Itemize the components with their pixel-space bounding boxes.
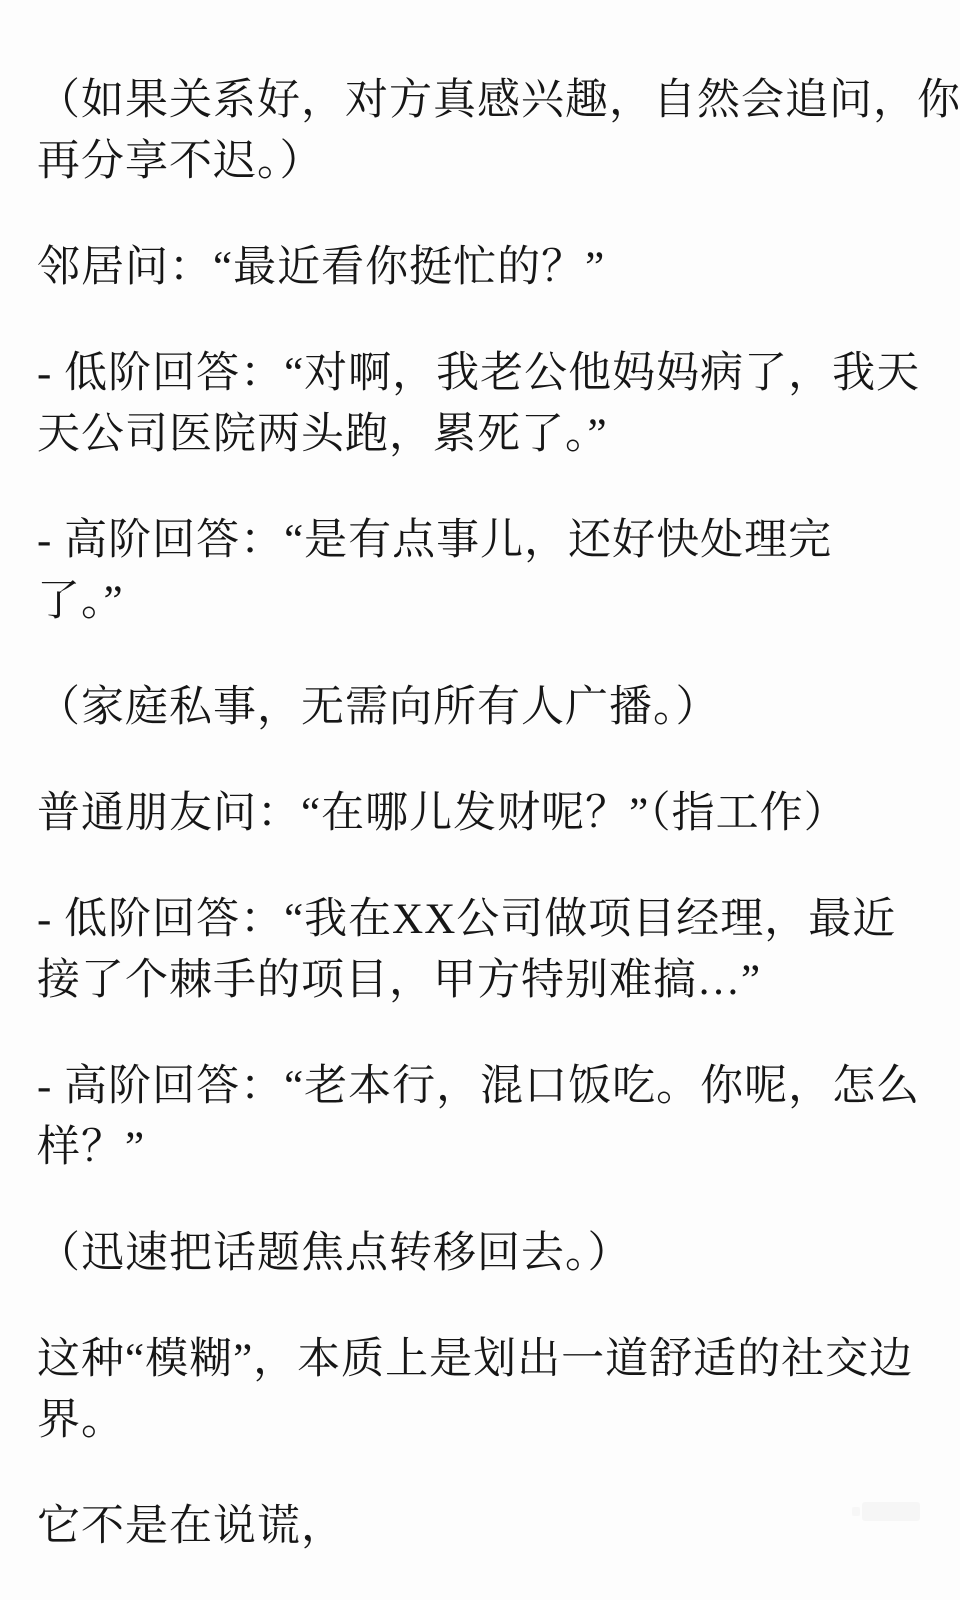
paragraph-aside-3: （迅速把话题焦点转移回去。） bbox=[37, 1223, 942, 1284]
paragraph-low-answer-1: - 低阶回答：“对啊，我老公他妈妈病了，我天 天公司医院两头跑，累死了。” bbox=[37, 343, 942, 465]
text-line: - 高阶回答：“老本行，混口饭吃。你呢，怎么 bbox=[37, 1056, 942, 1117]
paragraph-high-answer-1: - 高阶回答：“是有点事儿，还好快处理完 了。” bbox=[37, 510, 942, 632]
text-line: （家庭私事，无需向所有人广播。） bbox=[37, 677, 942, 738]
paragraph-aside-1: （如果关系好，对方真感兴趣，自然会追问，你 再分享不迟。） bbox=[37, 70, 942, 192]
text-line: 接了个棘手的项目，甲方特别难搞…” bbox=[37, 950, 942, 1011]
paragraph-aside-2: （家庭私事，无需向所有人广播。） bbox=[37, 677, 942, 738]
text-line: 了。” bbox=[37, 571, 942, 632]
text-line: - 低阶回答：“对啊，我老公他妈妈病了，我天 bbox=[37, 343, 942, 404]
paragraph-high-answer-2: - 高阶回答：“老本行，混口饭吃。你呢，怎么 样？” bbox=[37, 1056, 942, 1178]
paragraph-neighbor-question: 邻居问：“最近看你挺忙的？” bbox=[37, 237, 942, 298]
text-line: 普通朋友问：“在哪儿发财呢？”（指工作） bbox=[37, 783, 942, 844]
watermark bbox=[862, 1502, 920, 1521]
watermark-dot bbox=[852, 1507, 860, 1516]
text-line: 再分享不迟。） bbox=[37, 131, 942, 192]
paragraph-low-answer-2: - 低阶回答：“我在XX公司做项目经理，最近 接了个棘手的项目，甲方特别难搞…” bbox=[37, 889, 942, 1011]
document-page: （如果关系好，对方真感兴趣，自然会追问，你 再分享不迟。） 邻居问：“最近看你挺… bbox=[0, 0, 960, 1600]
text-line: - 低阶回答：“我在XX公司做项目经理，最近 bbox=[37, 889, 942, 950]
text-line: 它不是在说谎， bbox=[37, 1496, 942, 1557]
text-line: 天公司医院两头跑，累死了。” bbox=[37, 404, 942, 465]
text-line: （如果关系好，对方真感兴趣，自然会追问，你 bbox=[37, 70, 942, 131]
text-line: 这种“模糊”，本质上是划出一道舒适的社交边 bbox=[37, 1329, 942, 1390]
paragraph-friend-question: 普通朋友问：“在哪儿发财呢？”（指工作） bbox=[37, 783, 942, 844]
paragraph-closing: 它不是在说谎， bbox=[37, 1496, 942, 1557]
text-line: （迅速把话题焦点转移回去。） bbox=[37, 1223, 942, 1284]
paragraph-conclusion: 这种“模糊”，本质上是划出一道舒适的社交边 界。 bbox=[37, 1329, 942, 1451]
text-line: 界。 bbox=[37, 1390, 942, 1451]
text-line: - 高阶回答：“是有点事儿，还好快处理完 bbox=[37, 510, 942, 571]
text-line: 样？” bbox=[37, 1117, 942, 1178]
text-line: 邻居问：“最近看你挺忙的？” bbox=[37, 237, 942, 298]
